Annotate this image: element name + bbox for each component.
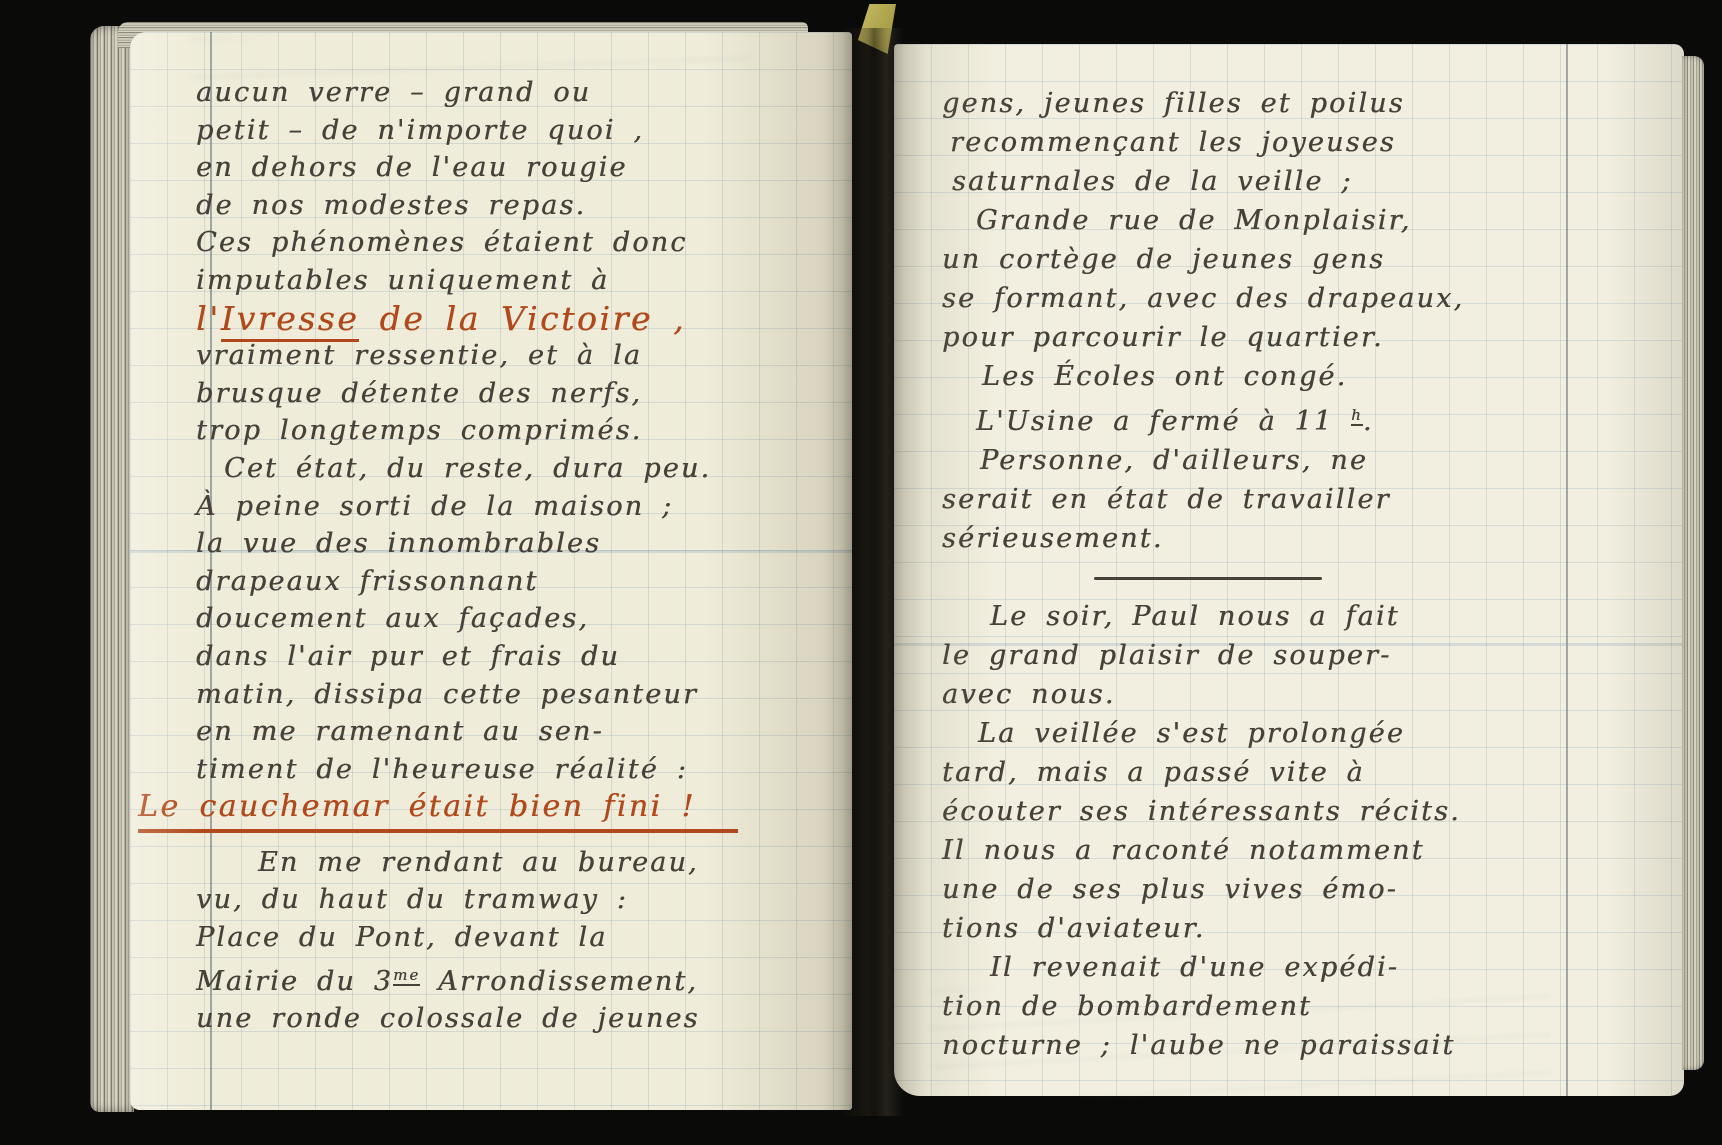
handwritten-line: imputables uniquement à [196, 262, 816, 300]
handwritten-line: Les Écoles ont congé. [982, 357, 1642, 396]
section-divider [942, 558, 1642, 597]
handwritten-line: Grande rue de Monplaisir, [976, 201, 1642, 240]
handwritten-line: serait en état de travailler [942, 480, 1642, 519]
handwritten-line: Cet état, du reste, dura peu. [224, 450, 816, 488]
red-heading-line: l'Ivresse de la Victoire , [196, 300, 816, 338]
handwritten-line: écouter ses intéressants récits. [942, 792, 1642, 831]
handwritten-line: Mairie du 3me Arrondissement, [196, 957, 816, 1001]
red-banner-line: Le cauchemar était bien fini ! [138, 788, 738, 833]
handwritten-line: de nos modestes repas. [196, 187, 816, 225]
handwritten-line: Personne, d'ailleurs, ne [980, 441, 1642, 480]
handwritten-line: doucement aux façades, [196, 600, 816, 638]
right-page-edge-stack [1682, 56, 1704, 1070]
left-page: aucun verre – grand oupetit – de n'impor… [130, 32, 852, 1110]
handwritten-line: tion de bombardement [942, 987, 1642, 1026]
handwritten-line: en me ramenant au sen- [196, 713, 816, 751]
handwritten-line: L'Usine a fermé à 11 h. [976, 396, 1642, 441]
binding-tab [858, 4, 896, 54]
handwritten-line: tard, mais a passé vite à [942, 753, 1642, 792]
handwritten-line: vraiment ressentie, et à la [196, 337, 816, 375]
handwritten-line: pour parcourir le quartier. [942, 318, 1642, 357]
handwritten-line: drapeaux frissonnant [196, 563, 816, 601]
handwritten-line: aucun verre – grand ou [196, 74, 816, 112]
handwritten-line: le grand plaisir de souper- [942, 636, 1642, 675]
handwritten-line: La veillée s'est prolongée [978, 714, 1642, 753]
handwritten-line: en dehors de l'eau rougie [196, 149, 816, 187]
right-page: gens, jeunes filles et poilusrecommençan… [894, 44, 1684, 1096]
handwritten-line: Place du Pont, devant la [196, 919, 816, 957]
handwritten-line: petit – de n'importe quoi , [196, 112, 816, 150]
handwritten-line: la vue des innombrables [196, 525, 816, 563]
handwritten-line: nocturne ; l'aube ne paraissait [942, 1026, 1642, 1065]
handwritten-line: trop longtemps comprimés. [196, 412, 816, 450]
handwritten-line: tions d'aviateur. [942, 909, 1642, 948]
handwritten-line: un cortège de jeunes gens [942, 240, 1642, 279]
handwritten-line: matin, dissipa cette pesanteur [196, 676, 816, 714]
handwritten-line: À peine sorti de la maison ; [196, 488, 816, 526]
handwritten-line: vu, du haut du tramway : [196, 881, 816, 919]
handwritten-line: avec nous. [942, 675, 1642, 714]
handwritten-line: une ronde colossale de jeunes [196, 1000, 816, 1038]
handwritten-line: brusque détente des nerfs, [196, 375, 816, 413]
handwritten-line: Il nous a raconté notamment [942, 831, 1642, 870]
handwritten-line: sérieusement. [942, 519, 1642, 558]
handwritten-line: Ces phénomènes étaient donc [196, 224, 816, 262]
handwritten-line: gens, jeunes filles et poilus [942, 84, 1642, 123]
left-page-text: aucun verre – grand oupetit – de n'impor… [196, 74, 816, 1038]
handwritten-line: timent de l'heureuse réalité : [196, 751, 816, 789]
handwritten-line: Il revenait d'une expédi- [990, 948, 1642, 987]
right-page-text: gens, jeunes filles et poilusrecommençan… [942, 84, 1642, 1065]
handwritten-line: dans l'air pur et frais du [196, 638, 816, 676]
handwritten-line: En me rendant au bureau, [258, 844, 816, 882]
handwritten-line: recommençant les joyeuses [950, 123, 1642, 162]
handwritten-line: se formant, avec des drapeaux, [942, 279, 1642, 318]
left-page-edge-stack [90, 26, 134, 1112]
notebook: aucun verre – grand oupetit – de n'impor… [0, 0, 1722, 1145]
handwritten-line: saturnales de la veille ; [952, 162, 1642, 201]
handwritten-line: Le soir, Paul nous a fait [990, 597, 1642, 636]
handwritten-line: une de ses plus vives émo- [942, 870, 1642, 909]
